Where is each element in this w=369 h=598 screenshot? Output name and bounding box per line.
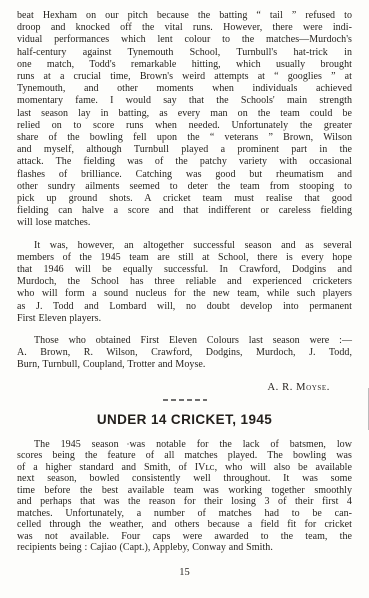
scan-speck <box>127 443 129 445</box>
paragraph: Those who obtained First Eleven Colours … <box>17 335 352 372</box>
text-line: beat Hexham on our pitch because the bat… <box>17 10 352 22</box>
text-line: who will form a sound nucleus for the ne… <box>17 288 352 300</box>
text-line: will lose matches. <box>17 217 352 229</box>
text-line: scores being the feature of all matches … <box>17 450 352 462</box>
text-line: matches. Unfortunately, a number of matc… <box>17 508 352 520</box>
text-line: flashes of brilliance. Catching was good… <box>17 169 352 181</box>
text-line: members of the 1945 team are still at Sc… <box>17 252 352 264</box>
text-line: pick up ground shots. A cricket team mus… <box>17 193 352 205</box>
paragraph: The 1945 season was notable for the lack… <box>17 439 352 554</box>
text-line: attack. The fielding was of the patchy v… <box>17 156 352 168</box>
text-line: and myself, although Turnbull played a p… <box>17 144 352 156</box>
document-page: beat Hexham on our pitch because the bat… <box>0 0 369 598</box>
text-line: First Eleven players. <box>17 313 352 325</box>
text-line: other sundry ailments seemed to deter th… <box>17 181 352 193</box>
text-line: runs at a crucial time, Brown's weird at… <box>17 71 352 83</box>
text-line: A. Brown, R. Wilson, Crawford, Dodgins, … <box>17 347 352 359</box>
text-line: Murdoch, the School has three reliable a… <box>17 276 352 288</box>
text-line: Those who obtained First Eleven Colours … <box>17 335 352 347</box>
text-line: vidual performances which lent colour to… <box>17 34 352 46</box>
text-line: was not available. Four caps were awarde… <box>17 531 352 543</box>
text-line: recipients being : Cajiao (Capt.), Apple… <box>17 542 352 554</box>
text-line: one match, Todd's remarkable hitting, wh… <box>17 59 352 71</box>
section-heading: UNDER 14 CRICKET, 1945 <box>17 412 352 427</box>
text-line: It was, however, an altogether successfu… <box>17 240 352 252</box>
page-number: 15 <box>0 567 369 578</box>
signature-name: A. R. Moyse. <box>267 382 330 393</box>
text-line: next season, bowled consistently well th… <box>17 473 352 485</box>
section-divider <box>163 399 207 401</box>
text-line: share of the bowling fell upon the “ vet… <box>17 132 352 144</box>
paragraph: beat Hexham on our pitch because the bat… <box>17 10 352 230</box>
text-line: droop and knocked off the vital runs. Ho… <box>17 22 352 34</box>
text-line: time before the best available team was … <box>17 485 352 497</box>
text-line: and perhaps that was the reason for thei… <box>17 496 352 508</box>
paragraph: It was, however, an altogether successfu… <box>17 240 352 325</box>
text-line: celled through the weather, and others b… <box>17 519 352 531</box>
text-line: as J. Todd and Lombard will, no doubt de… <box>17 301 352 313</box>
text-line: last season lay in batting, as every man… <box>17 108 352 120</box>
text-line: fielding can halve a score and that indi… <box>17 205 352 217</box>
page-content: beat Hexham on our pitch because the bat… <box>0 0 369 554</box>
text-line: that 1946 will be equally successful. In… <box>17 264 352 276</box>
text-line: half-century against Tynemouth School, T… <box>17 47 352 59</box>
text-line: Tynemouth, and other moments when indivi… <box>17 83 352 95</box>
text-line: Burn, Turnbull, Coupland, Trotter and Mo… <box>17 359 352 371</box>
signature-line: A. R. Moyse. <box>17 382 352 394</box>
text-line: of a higher standard and Smith, of IVʟᴄ,… <box>17 462 352 474</box>
text-line: momentary fame. I would say that the Sch… <box>17 95 352 107</box>
text-line: relied on to score runs when needed. Unf… <box>17 120 352 132</box>
text-line: The 1945 season was notable for the lack… <box>17 439 352 451</box>
